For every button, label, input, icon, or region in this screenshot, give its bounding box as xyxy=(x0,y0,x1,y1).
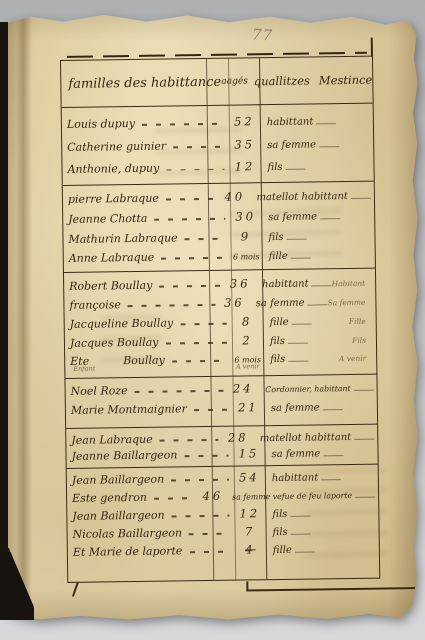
age-number: 28 xyxy=(228,430,249,444)
quality-cell: filsA venir xyxy=(263,353,376,366)
person-name-cell: Jean Baillargeon xyxy=(72,508,234,523)
dashed-leader xyxy=(171,479,229,481)
quality-cell: sa femme xyxy=(260,138,373,151)
dashed-leader xyxy=(180,323,227,325)
quality-cell: sa femme vefue de feu laporte xyxy=(225,491,378,502)
age-value: 2 xyxy=(232,333,263,347)
age-value: 7 xyxy=(235,524,266,538)
dashed-leader xyxy=(165,342,227,344)
person-name: Mathurin Labraque xyxy=(68,231,177,246)
person-name: Anne Labraque xyxy=(69,251,155,265)
quality-cell: fils xyxy=(261,231,374,244)
quality-text: fils xyxy=(267,162,305,174)
age-number: 54 xyxy=(239,470,260,484)
quality-text: matellot habittant xyxy=(256,191,371,204)
family-blocks-container: Louis dupuy52habittantCatherine guinier3… xyxy=(62,104,380,584)
book-spine-shadow xyxy=(0,22,8,620)
dashed-leader xyxy=(159,285,220,287)
person-name: Catherine guinier xyxy=(67,139,166,153)
printed-annotation: Sa femme xyxy=(327,298,372,308)
person-name: Louis dupuy xyxy=(67,117,135,131)
family-block: Robert Boullay36habittantHabitantfrançoi… xyxy=(64,269,376,379)
manuscript-page: 77 familles des habittance aagés xyxy=(6,10,418,620)
quality-cell: sa femme xyxy=(264,448,377,461)
dashed-leader xyxy=(189,551,229,553)
quality-cell: matellot habittant xyxy=(249,191,374,204)
census-table: familles des habittance aagés quallitzes… xyxy=(60,56,380,583)
age-value: 4 xyxy=(235,542,266,556)
census-row: Marie Montmaignier21sa femme xyxy=(66,399,377,422)
age-value: 24 xyxy=(228,381,258,395)
person-name: Jean Baillargeon xyxy=(72,509,165,523)
dashed-leader xyxy=(128,304,215,307)
quality-text: fils xyxy=(272,509,310,521)
census-row: Jeanne Baillargeon15sa femme xyxy=(66,445,377,465)
dashed-leader xyxy=(172,515,230,517)
age-number: 2 xyxy=(242,333,253,347)
person-name: Jacqueline Boullay xyxy=(70,316,174,330)
header-age-column: aagés xyxy=(221,76,248,86)
age-value: 6 mois xyxy=(231,252,262,261)
person-name-cell: Mathurin Labraque xyxy=(68,231,230,246)
quality-cell: fils xyxy=(266,526,379,539)
dashed-leader xyxy=(154,218,225,221)
quality-cell: fils xyxy=(260,161,373,174)
printed-annotation: Habitant xyxy=(332,279,373,289)
quality-text: sa femme vefue de feu laporte xyxy=(232,491,375,502)
table-header: familles des habittance aagés quallitzes… xyxy=(61,57,373,108)
quality-text: fils xyxy=(273,527,311,539)
age-number: 36 xyxy=(224,295,245,309)
quality-text: habittant xyxy=(262,278,332,290)
printed-note: A venir xyxy=(232,362,263,370)
census-row: Anthonie, dupuy12fils xyxy=(62,158,373,185)
census-row: Et Marie de laporte4fille xyxy=(68,541,379,563)
person-name: françoise xyxy=(69,298,121,312)
person-name-cell: Jacques Boullay xyxy=(70,335,232,350)
age-value: 35 xyxy=(229,137,260,151)
dashed-leader xyxy=(189,533,230,535)
age-number: 9 xyxy=(241,229,252,243)
age-number: 6 mois xyxy=(233,252,260,261)
person-name-continued: Boullay xyxy=(123,354,165,368)
person-name-cell: Marie Montmaignier xyxy=(71,402,233,417)
printed-note: Enfant xyxy=(73,365,95,373)
person-name-cell: Anthonie, dupuy xyxy=(67,161,229,176)
quality-cell: sa femmeSa femme xyxy=(249,297,376,310)
person-name-cell: Anne Labraque xyxy=(69,250,231,265)
age-value: 8 xyxy=(232,314,263,328)
dashed-leader xyxy=(172,360,227,362)
quality-text: Cordonnier, habittant xyxy=(265,384,373,395)
table-right-border-extension xyxy=(371,38,373,57)
pencil-page-number: 77 xyxy=(252,25,274,44)
person-name-cell: pierre Labraque xyxy=(68,191,221,206)
age-value: 9 xyxy=(230,229,261,243)
family-block: Louis dupuy52habittantCatherine guinier3… xyxy=(62,104,374,186)
dashed-leader xyxy=(135,390,224,393)
person-name-cell: Este gendron xyxy=(72,490,201,505)
person-name: Et Marie de laporte xyxy=(73,544,183,559)
person-name-cell: Jeanne Baillargeon xyxy=(71,448,233,463)
person-name: Este gendron xyxy=(72,491,147,505)
family-block: Jean Baillargeon54habittantEste gendron4… xyxy=(67,465,380,584)
age-value: 36 xyxy=(220,295,249,309)
census-row: EteBoullayEnfant6 moisA venirfilsA venir xyxy=(65,351,376,374)
person-name-cell: françoise xyxy=(69,297,220,312)
age-number: 52 xyxy=(234,114,255,128)
quality-text: fils xyxy=(270,336,308,348)
person-name: Nicolas Baillargeon xyxy=(73,526,183,541)
quality-cell: habittantHabitant xyxy=(255,278,375,291)
quality-cell: matellot habittant xyxy=(253,432,378,445)
age-number: 36 xyxy=(230,276,251,290)
age-value: 54 xyxy=(234,470,265,484)
quality-text: sa femme xyxy=(256,297,328,309)
person-name-cell: Et Marie de laporte xyxy=(73,544,235,559)
age-number: 21 xyxy=(238,400,259,414)
quality-text: fille xyxy=(270,317,312,329)
age-value: 6 moisA venir xyxy=(232,355,263,364)
dashed-leader xyxy=(185,238,226,240)
age-number: 12 xyxy=(239,506,260,520)
header-families-column: familles des habittance xyxy=(61,75,201,92)
age-value: 12 xyxy=(234,506,265,520)
person-name-cell: Jean Labraque xyxy=(71,432,224,447)
printed-annotation: A venir xyxy=(339,354,373,363)
family-block: Jean Labraque28matellot habittantJeanne … xyxy=(66,425,378,469)
quality-text: fille xyxy=(273,544,315,556)
age-number: 15 xyxy=(239,446,260,460)
dashed-leader xyxy=(142,123,224,126)
dashed-leader xyxy=(166,168,224,170)
age-number: 46 xyxy=(202,489,223,503)
age-number: 4 xyxy=(245,542,256,556)
age-number: 35 xyxy=(234,137,255,151)
dashed-leader xyxy=(154,498,196,500)
header-metier-label: Mestince xyxy=(319,73,373,88)
person-name: pierre Labraque xyxy=(68,192,159,206)
quality-cell: fils xyxy=(265,508,378,521)
age-value: 15 xyxy=(233,446,264,460)
age-value: 46 xyxy=(200,489,225,503)
table-bottom-rule-tick xyxy=(246,581,248,591)
age-value: 30 xyxy=(230,209,261,223)
quality-cell: sa femme xyxy=(261,211,374,224)
age-number: 12 xyxy=(235,160,256,174)
person-name-cell: EteBoullayEnfant xyxy=(70,353,232,368)
quality-cell: filleFille xyxy=(263,316,376,329)
age-value: 28 xyxy=(224,430,253,444)
person-name-cell: Catherine guinier xyxy=(67,138,229,153)
dashed-leader xyxy=(184,455,228,457)
quality-cell: fille xyxy=(262,250,375,263)
age-value: 40 xyxy=(220,189,249,203)
quality-cell: Cordonnier, habittant xyxy=(258,384,376,395)
table-bottom-extra-rule xyxy=(246,587,425,592)
quality-text: habittant xyxy=(267,116,337,128)
binding-crease xyxy=(16,10,32,620)
age-value: 52 xyxy=(229,114,260,128)
page-wrapper: 77 familles des habittance aagés xyxy=(0,0,425,640)
quality-text: habittant xyxy=(272,472,342,484)
age-number: 40 xyxy=(224,189,245,203)
age-number: 24 xyxy=(233,381,254,395)
family-block: pierre Labraque40matellot habittantJeann… xyxy=(63,182,375,273)
printed-annotation: Fils xyxy=(352,336,373,345)
person-name-cell: Louis dupuy xyxy=(67,116,229,131)
quality-cell: sa femme xyxy=(264,402,377,415)
quality-cell: habittant xyxy=(265,472,378,485)
quality-text: sa femme xyxy=(268,211,340,223)
age-number: 30 xyxy=(235,209,256,223)
person-name: Jean Baillargeon xyxy=(72,473,165,487)
person-name-cell: Noel Roze xyxy=(71,383,229,398)
photo-background: 77 familles des habittance aagés xyxy=(0,0,425,640)
person-name: Marie Montmaignier xyxy=(71,402,187,417)
person-name: Jacques Boullay xyxy=(70,336,159,350)
dashed-leader xyxy=(160,439,219,441)
quality-cell: fille xyxy=(266,544,379,557)
age-number: 8 xyxy=(242,314,253,328)
family-block: Noel Roze24Cordonnier, habittantMarie Mo… xyxy=(65,375,377,429)
dashed-leader xyxy=(194,409,228,411)
dashed-leader xyxy=(173,146,224,148)
dashed-leader xyxy=(161,257,226,259)
quality-text: sa femme xyxy=(271,448,343,460)
person-name-cell: Jean Baillargeon xyxy=(72,472,234,487)
quality-text: matellot habittant xyxy=(260,432,375,445)
quality-cell: habittant xyxy=(260,116,373,129)
header-quality-label: quallitzes xyxy=(254,74,310,89)
person-name: Jeanne Chotta xyxy=(68,212,147,226)
quality-text: sa femme xyxy=(271,402,343,414)
quality-text: fils xyxy=(268,232,306,244)
header-quality-column: quallitzes Mestince xyxy=(248,73,373,89)
table-corner-hook xyxy=(72,582,79,597)
person-name: Jeanne Baillargeon xyxy=(71,448,177,462)
person-name: Noel Roze xyxy=(71,384,128,398)
age-value: 21 xyxy=(233,400,264,414)
person-name-cell: Nicolas Baillargeon xyxy=(73,526,235,541)
quality-text: fils xyxy=(270,354,308,366)
quality-cell: filsFils xyxy=(263,335,376,348)
person-name-cell: Jacqueline Boullay xyxy=(70,316,232,331)
person-name: Jean Labraque xyxy=(71,433,153,447)
person-name-cell: Jeanne Chotta xyxy=(68,211,230,226)
age-value: 12 xyxy=(229,160,260,174)
person-name: Robert Boullay xyxy=(69,279,152,293)
age-value: 36 xyxy=(225,276,255,290)
person-name: Anthonie, dupuy xyxy=(67,162,159,176)
age-number: 7 xyxy=(245,524,256,538)
dashed-leader xyxy=(166,198,215,200)
person-name-cell: Robert Boullay xyxy=(69,278,225,293)
quality-text: fille xyxy=(269,251,311,263)
quality-text: sa femme xyxy=(267,139,339,151)
printed-annotation: Fille xyxy=(349,317,373,326)
